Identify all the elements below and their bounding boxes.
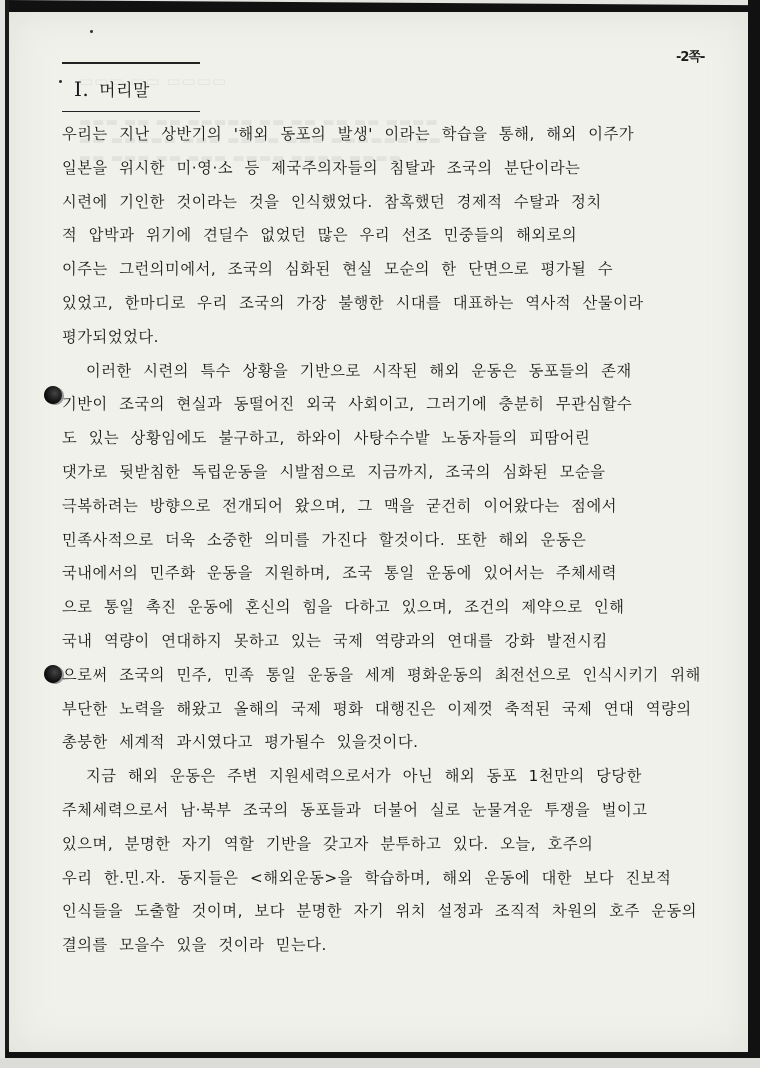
section-title-text: 머리말 (99, 81, 150, 101)
section-title: I. 머리말 (62, 64, 212, 111)
text-line: 평가되었었다. (62, 321, 717, 355)
frame-bottom-strip (0, 1058, 760, 1068)
text-line: 국내에서의 민주화 운동을 지원하며, 조국 통일 운동에 있어서는 주체세력 (62, 557, 717, 591)
frame-right-edge (748, 0, 760, 1068)
text-line: 우리 한.민.자. 동지들은 <해외운동>을 학습하며, 해외 운동에 대한 보… (62, 862, 717, 896)
text-line: 시련에 기인한 것이라는 것을 인식했었다. 참혹했던 경제적 수탈과 정치 (62, 186, 717, 220)
text-line: 우리는 지난 상반기의 '해외 동포의 발생' 이라는 학습을 통해, 해외 이… (62, 118, 717, 152)
section-numeral: I. (74, 77, 89, 101)
heading-rule-bottom (62, 111, 200, 113)
text-line: 지금 해외 운동은 주변 지원세력으로서가 아닌 해외 동포 1천만의 당당한 (62, 760, 717, 794)
text-line: 주체세력으로서 남·북부 조국의 동포들과 더불어 실로 눈물겨운 투쟁을 벌이… (62, 794, 717, 828)
text-line: 으로 통일 촉진 운동에 혼신의 힘을 다하고 있으며, 조건의 제약으로 인해 (62, 591, 717, 625)
handwritten-body: 우리는 지난 상반기의 '해외 동포의 발생' 이라는 학습을 통해, 해외 이… (62, 118, 717, 963)
page-number: -2쪽- (676, 46, 704, 65)
punch-hole-icon (44, 386, 62, 404)
text-line: 극복하려는 방향으로 전개되어 왔으며, 그 맥을 굳건히 이어왔다는 점에서 (62, 490, 717, 524)
ink-speck (90, 30, 93, 33)
text-line: 댓가로 뒷받침한 독립운동을 시발점으로 지금까지, 조국의 심화된 모순을 (62, 456, 717, 490)
section-heading: I. 머리말 (62, 62, 212, 112)
text-line: 국내 역량이 연대하지 못하고 있는 국제 역량과의 연대를 강화 발전시킴 (62, 625, 717, 659)
text-line: 있었고, 한마디로 우리 조국의 가장 불행한 시대를 대표하는 역사적 산물이… (62, 287, 717, 321)
text-line: 적 압박과 위기에 견딜수 없었던 많은 우리 선조 민중들의 해외로의 (62, 219, 717, 253)
text-line: 기반이 조국의 현실과 동떨어진 외국 사회이고, 그러기에 충분히 무관심할수 (62, 388, 717, 422)
text-line: 총붕한 세계적 과시였다고 평가될수 있을것이다. (62, 726, 717, 760)
punch-hole-icon (44, 665, 62, 683)
text-line: 으로써 조국의 민주, 민족 통일 운동을 세계 평화운동의 최전선으로 인식시… (62, 659, 717, 693)
text-line: 이러한 시련의 특수 상황을 기반으로 시작된 해외 운동은 동포들의 존재 (62, 355, 717, 389)
text-line: 부단한 노력을 해왔고 올해의 국제 평화 대행진은 이제껏 축적된 국제 연대… (62, 693, 717, 727)
text-line: 도 있는 상황임에도 불구하고, 하와이 사탕수수밭 노동자들의 피땀어린 (62, 422, 717, 456)
text-line: 결의를 모을수 있을 것이라 믿는다. (62, 929, 717, 963)
text-line: 이주는 그런의미에서, 조국의 심화된 현실 모순의 한 단면으로 평가될 수 (62, 253, 717, 287)
text-line: 일본을 위시한 미·영·소 등 제국주의자들의 침탈과 조국의 분단이라는 (62, 152, 717, 186)
text-line: 민족사적으로 더욱 소중한 의미를 가진다 할것이다. 또한 해외 운동은 (62, 524, 717, 558)
text-line: 인식들을 도출할 것이며, 보다 분명한 자기 위치 설정과 조직적 차원의 호… (62, 895, 717, 929)
text-line: 있으며, 분명한 자기 역할 기반을 갖고자 분투하고 있다. 오늘, 호주의 (62, 828, 717, 862)
